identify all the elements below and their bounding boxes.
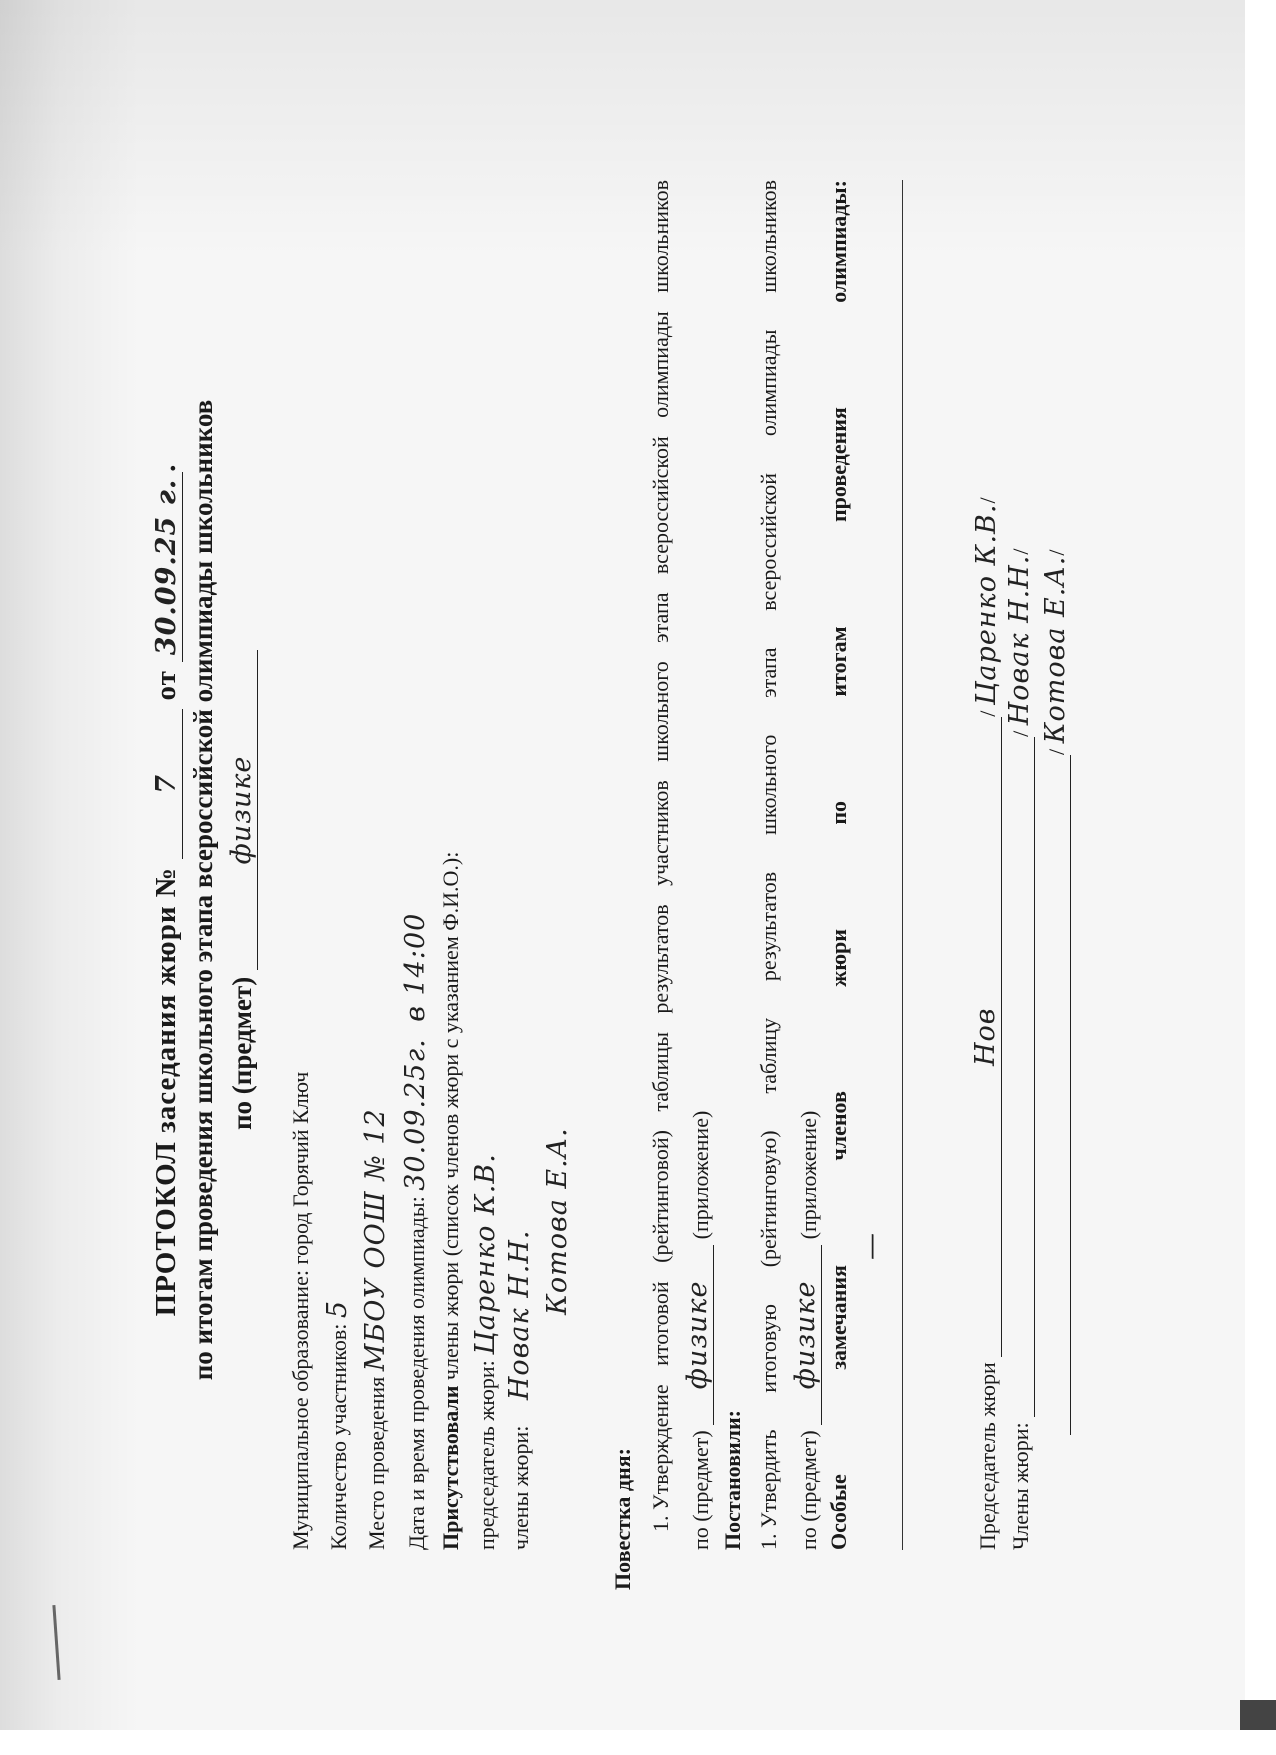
chair-signature: Нов bbox=[970, 717, 1002, 1357]
protocol-document: ПРОТОКОЛ заседания жюри № 7 от 30.09.25 … bbox=[130, 120, 1230, 1660]
word: членов bbox=[826, 1091, 852, 1161]
word: итоговой bbox=[648, 1281, 674, 1366]
member-signature bbox=[1008, 737, 1035, 1417]
word: олимпиады: bbox=[826, 180, 852, 303]
word: (рейтинговой) bbox=[648, 1130, 674, 1263]
chair-signature-name: Царенко К.В. bbox=[971, 504, 1002, 706]
venue-line: Место проведения МБОУ ООШ № 12 bbox=[360, 1108, 391, 1550]
members-line: члены жюри: Новак Н.Н. bbox=[504, 1230, 535, 1550]
word: результатов bbox=[648, 904, 674, 1013]
word: 1. Утверждение bbox=[648, 1384, 674, 1532]
participants-line: Количество участников: 5 bbox=[322, 1300, 353, 1550]
scanner-edge bbox=[1240, 1700, 1276, 1730]
member-signature-name: Новак Н.Н. bbox=[1004, 555, 1035, 726]
resolution-subject-value: физике bbox=[790, 1245, 822, 1425]
subject-line: по (предмет) физике bbox=[226, 120, 258, 1660]
word: итоговую bbox=[756, 1304, 782, 1393]
word: (рейтинговую) bbox=[756, 1130, 782, 1267]
word: школьного bbox=[756, 735, 782, 835]
olympiad-time: в 14:00 bbox=[400, 913, 431, 1022]
members-signature-line-2: / Котова Е.А./ bbox=[1040, 550, 1071, 1435]
word: по bbox=[826, 801, 852, 825]
datetime-line: Дата и время проведения олимпиады: 30.09… bbox=[400, 913, 431, 1550]
word: замечания bbox=[826, 1265, 852, 1370]
word: этапа bbox=[648, 593, 674, 643]
word: итогам bbox=[826, 626, 852, 696]
word: школьного bbox=[648, 661, 674, 761]
word: всероссийской bbox=[648, 436, 674, 574]
chair-line: председатель жюри: Царенко К.В. bbox=[470, 1153, 501, 1550]
remarks-rule bbox=[902, 180, 903, 1550]
document-title: ПРОТОКОЛ заседания жюри № 7 от 30.09.25 … bbox=[150, 120, 183, 1660]
chair-name: Царенко К.В. bbox=[470, 1153, 501, 1355]
document-subtitle: по итогам проведения школьного этапа все… bbox=[188, 120, 219, 1660]
word: Особые bbox=[826, 1474, 852, 1550]
word: таблицы bbox=[648, 1032, 674, 1112]
agenda-subject-value: физике bbox=[682, 1245, 714, 1425]
members-line-2: Котова Е.А. bbox=[542, 1127, 573, 1315]
word: проведения bbox=[826, 407, 852, 522]
agenda-item-1-subject: по (предмет) физике (приложение) bbox=[682, 1111, 714, 1550]
word: всероссийской bbox=[756, 473, 782, 611]
present-line: Присутствовали члены жюри (список членов… bbox=[438, 852, 464, 1550]
protocol-date: 30.09.25 г. bbox=[151, 472, 183, 662]
remarks-value: — bbox=[856, 1232, 887, 1260]
word: олимпиады bbox=[756, 330, 782, 437]
word: жюри bbox=[826, 929, 852, 987]
word: этапа bbox=[756, 647, 782, 697]
word: участников bbox=[648, 780, 674, 886]
member-name: Новак Н.Н. bbox=[504, 1230, 535, 1401]
chair-signature-line: Председатель жюри Нов/ Царенко К.В./ bbox=[970, 497, 1002, 1550]
agenda-item-1: 1. Утверждениеитоговой(рейтинговой)табли… bbox=[648, 180, 674, 1532]
municipality-line: Муниципальное образование: город Горячий… bbox=[288, 1072, 314, 1550]
agenda-heading: Повестка дня: bbox=[610, 1448, 636, 1590]
olympiad-date: 30.09.25г. bbox=[400, 1038, 431, 1190]
resolution-item-1-subject: по (предмет) физике (приложение) bbox=[790, 1111, 822, 1550]
word: 1. Утвердить bbox=[756, 1429, 782, 1550]
word: олимпиады bbox=[648, 311, 674, 418]
word: результатов bbox=[756, 872, 782, 981]
resolution-heading: Постановили: bbox=[720, 1410, 746, 1550]
member-name: Котова Е.А. bbox=[542, 1127, 573, 1315]
word: школьников bbox=[648, 180, 674, 293]
participants-count: 5 bbox=[322, 1300, 353, 1318]
scan-margin bbox=[1245, 0, 1276, 1730]
subject-value: физике bbox=[226, 650, 258, 970]
resolution-item-1: 1. Утвердитьитоговую(рейтинговую)таблицу… bbox=[756, 180, 782, 1550]
word: школьников bbox=[756, 180, 782, 293]
word: таблицу bbox=[756, 1018, 782, 1094]
remarks-line: Особыезамечаниячленовжюрипоитогампроведе… bbox=[826, 180, 852, 1550]
venue-value: МБОУ ООШ № 12 bbox=[360, 1108, 391, 1371]
member-signature bbox=[1044, 755, 1071, 1435]
members-signature-line: Члены жюри: / Новак Н.Н./ bbox=[1004, 549, 1035, 1550]
protocol-number: 7 bbox=[151, 709, 183, 859]
member-signature-name: Котова Е.А. bbox=[1040, 556, 1071, 744]
